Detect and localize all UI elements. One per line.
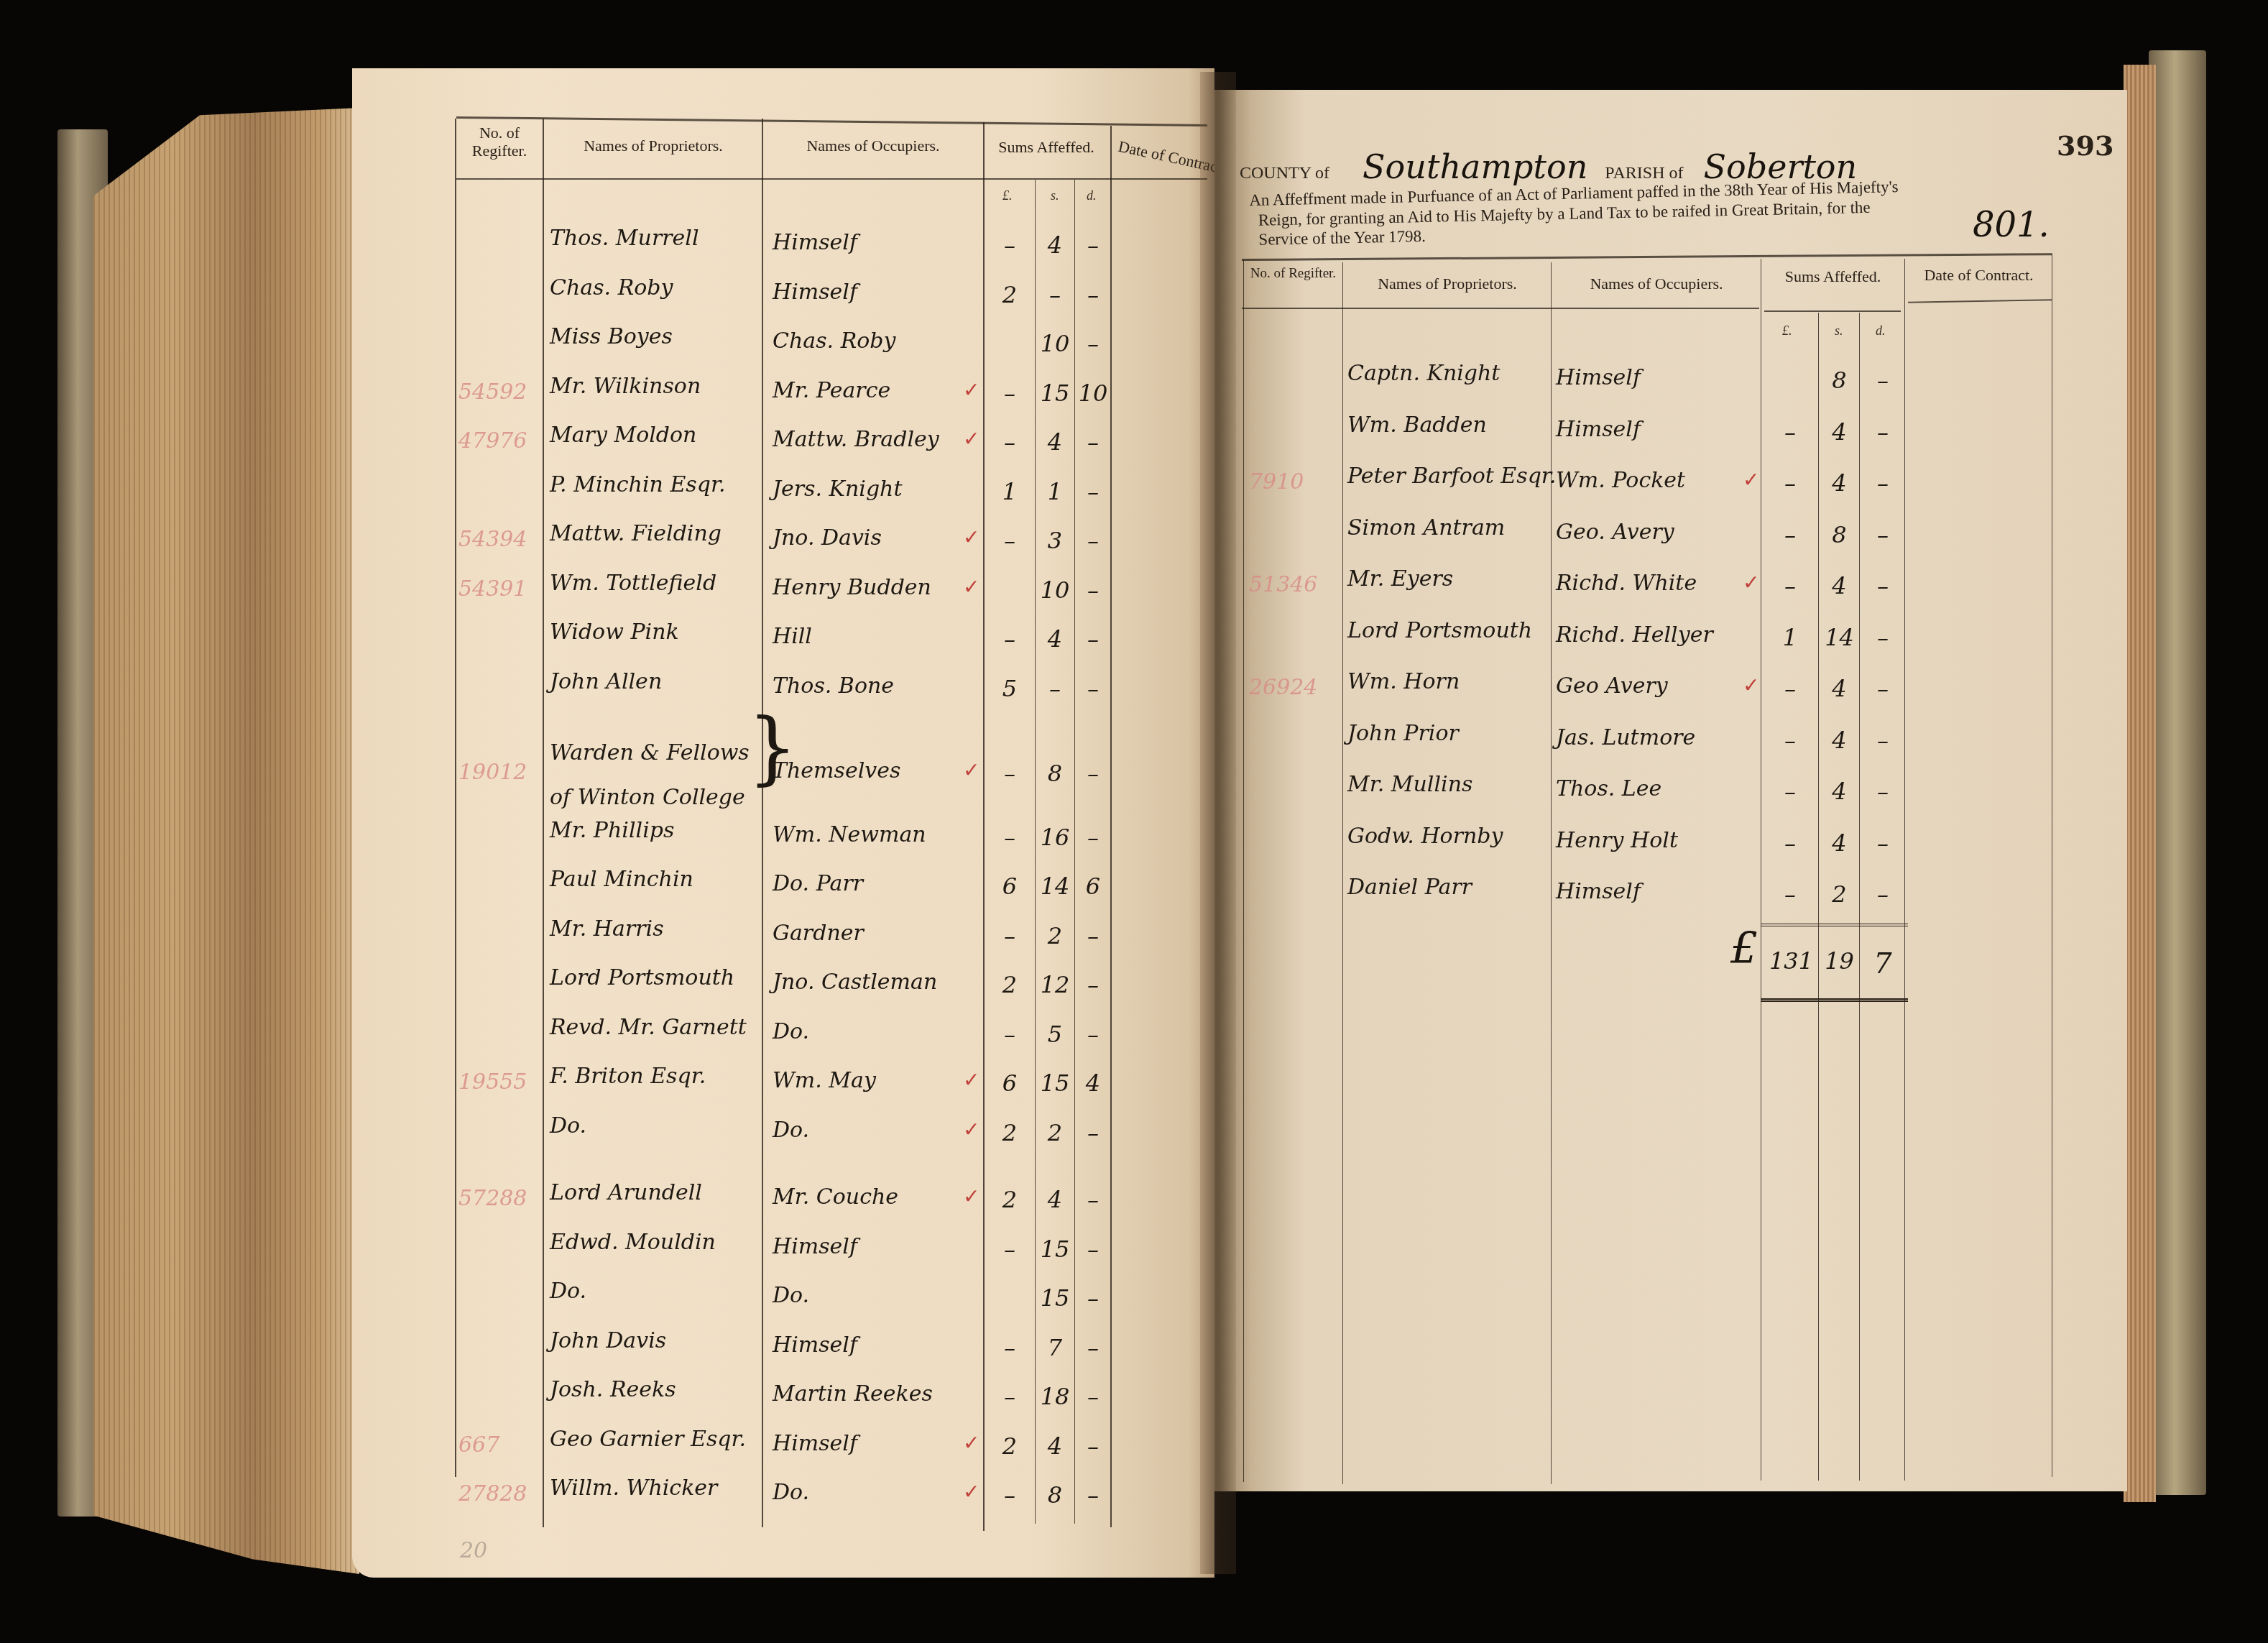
sum-pounds: – bbox=[1762, 469, 1818, 497]
occupier-name: Hill bbox=[773, 624, 812, 649]
register-number: 19555 bbox=[458, 1069, 527, 1095]
brace-bracket: } bbox=[747, 708, 798, 787]
sum-shillings: 3 bbox=[1036, 527, 1074, 554]
sum-pence: – bbox=[1076, 1334, 1110, 1361]
red-check-mark-icon: ✓ bbox=[963, 378, 979, 402]
proprietor-name: Mr. Eyers bbox=[1347, 566, 1453, 592]
occupier-name: Richd. Hellyer bbox=[1556, 622, 1713, 648]
occupier-name: Himself bbox=[1556, 417, 1641, 442]
proprietor-name: Peter Barfoot Esqr. bbox=[1347, 464, 1556, 489]
sum-pence: – bbox=[1861, 572, 1904, 599]
unit-pence: d. bbox=[1087, 188, 1097, 203]
sum-pounds: 5 bbox=[986, 675, 1033, 702]
sum-pence: – bbox=[1076, 625, 1110, 653]
total-pounds: 131 bbox=[1764, 947, 1818, 975]
sum-pounds: 2 bbox=[986, 1186, 1033, 1213]
sum-pence: – bbox=[1861, 880, 1904, 908]
sum-shillings: 4 bbox=[1820, 675, 1859, 702]
sum-pence: – bbox=[1861, 521, 1904, 548]
sum-shillings: 10 bbox=[1036, 330, 1074, 357]
sum-shillings: 4 bbox=[1036, 1432, 1074, 1460]
column-rule bbox=[455, 119, 456, 1477]
header-occupiers: Names of Occupiers. bbox=[765, 137, 982, 155]
sum-shillings: 15 bbox=[1036, 1235, 1074, 1263]
proprietor-name: Thos. Murrell bbox=[550, 226, 699, 251]
red-check-mark-icon: ✓ bbox=[1743, 673, 1759, 697]
sum-pounds: – bbox=[986, 1481, 1033, 1509]
sum-shillings: 2 bbox=[1036, 1119, 1074, 1146]
book-gutter bbox=[1200, 72, 1236, 1574]
sum-pence: – bbox=[1076, 231, 1110, 259]
occupier-name: Do. Parr bbox=[773, 871, 863, 896]
sum-pence: – bbox=[1076, 1383, 1110, 1410]
sum-shillings: 8 bbox=[1036, 1481, 1074, 1509]
sum-shillings: 18 bbox=[1036, 1383, 1074, 1410]
total-pence: 7 bbox=[1861, 947, 1904, 980]
occupier-name: Jno. Castleman bbox=[773, 970, 937, 995]
occupier-name: Geo Avery bbox=[1556, 673, 1668, 699]
sum-pence: – bbox=[1861, 418, 1904, 446]
sum-pence: 6 bbox=[1076, 873, 1110, 900]
sum-shillings: 15 bbox=[1036, 1284, 1074, 1312]
sum-pounds: – bbox=[1762, 418, 1818, 446]
sum-pounds: – bbox=[1762, 727, 1818, 754]
sum-pounds: – bbox=[1762, 829, 1818, 857]
register-number: 27828 bbox=[458, 1481, 527, 1506]
sum-pence: 4 bbox=[1076, 1069, 1110, 1097]
sum-pounds: – bbox=[986, 428, 1033, 456]
page-block-fore-edge bbox=[93, 108, 359, 1574]
unit-pounds: £. bbox=[1782, 323, 1792, 339]
occupier-name: Himself bbox=[1556, 365, 1641, 390]
proprietor-name: Warden & Fellows of Winton College bbox=[550, 731, 765, 820]
occupier-name: Geo. Avery bbox=[1556, 520, 1674, 545]
column-rule bbox=[1035, 180, 1036, 1524]
red-check-mark-icon: ✓ bbox=[963, 575, 979, 599]
register-number: 57288 bbox=[458, 1186, 527, 1211]
occupier-name: Himself bbox=[773, 230, 857, 255]
header-occupiers: Names of Occupiers. bbox=[1552, 275, 1761, 293]
header-proprietors: Names of Proprietors. bbox=[546, 137, 760, 155]
occupier-name: Mattw. Bradley bbox=[773, 427, 939, 452]
sum-pounds: – bbox=[986, 824, 1033, 851]
sum-pence: – bbox=[1076, 330, 1110, 357]
proprietor-name: Mr. Phillips bbox=[550, 818, 674, 843]
red-check-mark-icon: ✓ bbox=[963, 1068, 979, 1092]
register-number: 47976 bbox=[458, 428, 527, 454]
column-rule bbox=[2052, 255, 2052, 1477]
header-proprietors: Names of Proprietors. bbox=[1344, 275, 1551, 293]
page-number: 393 bbox=[2057, 129, 2113, 162]
proprietor-name: Widow Pink bbox=[550, 620, 679, 645]
header-date: Date of Contract. bbox=[1906, 266, 2052, 284]
book-cover-right-edge bbox=[2149, 50, 2206, 1495]
sum-shillings: 4 bbox=[1036, 231, 1074, 259]
sum-shillings: 10 bbox=[1036, 576, 1074, 604]
sum-pence: – bbox=[1076, 675, 1110, 702]
sum-pounds: – bbox=[1762, 521, 1818, 548]
sum-shillings: 5 bbox=[1036, 1021, 1074, 1048]
proprietor-name: Godw. Hornby bbox=[1347, 824, 1503, 849]
sum-pence: – bbox=[1076, 922, 1110, 949]
column-rule bbox=[762, 119, 763, 1527]
column-rule bbox=[1904, 259, 1905, 1481]
proprietor-name: Captn. Knight bbox=[1347, 361, 1500, 386]
occupier-name: Wm. Pocket bbox=[1556, 468, 1685, 493]
sum-pence: – bbox=[1076, 1432, 1110, 1460]
header-register: No. of Regifter. bbox=[1245, 266, 1342, 282]
occupier-name: Wm. May bbox=[773, 1068, 876, 1093]
sum-pence: – bbox=[1861, 829, 1904, 857]
sum-pence: – bbox=[1076, 576, 1110, 604]
occupier-name: Himself bbox=[773, 1234, 857, 1259]
sum-shillings: 4 bbox=[1820, 727, 1859, 754]
pencil-mark: 20 bbox=[460, 1538, 487, 1563]
occupier-name: Chas. Roby bbox=[773, 328, 895, 354]
red-check-mark-icon: ✓ bbox=[1743, 468, 1759, 492]
red-check-mark-icon: ✓ bbox=[963, 1184, 979, 1208]
occupier-name: Himself bbox=[1556, 879, 1641, 904]
column-rule bbox=[1342, 262, 1343, 1484]
unit-pounds: £. bbox=[1002, 188, 1013, 203]
sum-shillings: 4 bbox=[1820, 469, 1859, 497]
proprietor-name: Mr. Mullins bbox=[1347, 772, 1472, 797]
proprietor-name: Daniel Parr bbox=[1347, 875, 1472, 900]
folio-number: 801. bbox=[1973, 205, 2050, 245]
proprietor-name: John Davis bbox=[550, 1328, 666, 1353]
sum-pence: – bbox=[1076, 1186, 1110, 1213]
sum-pounds: 2 bbox=[986, 971, 1033, 998]
sum-pence: – bbox=[1861, 367, 1904, 394]
proprietor-name: John Prior bbox=[1347, 721, 1459, 746]
sum-pence: – bbox=[1076, 824, 1110, 851]
header-bottom-rule bbox=[1764, 310, 1901, 312]
header-sums: Sums Affeffed. bbox=[985, 138, 1108, 156]
red-check-mark-icon: ✓ bbox=[963, 758, 979, 782]
proprietor-name: Mr. Wilkinson bbox=[550, 374, 701, 399]
sum-shillings: 2 bbox=[1036, 922, 1074, 949]
red-check-mark-icon: ✓ bbox=[1743, 571, 1759, 594]
proprietor-name: Do. bbox=[550, 1279, 586, 1304]
sum-pounds: – bbox=[1762, 778, 1818, 805]
unit-pence: d. bbox=[1876, 323, 1886, 339]
occupier-name: Gardner bbox=[773, 921, 864, 946]
proprietor-name: Geo Garnier Esqr. bbox=[550, 1427, 746, 1452]
sum-shillings: 15 bbox=[1036, 1069, 1074, 1097]
sum-shillings: 1 bbox=[1036, 478, 1074, 505]
header-bottom-rule bbox=[456, 178, 1207, 180]
sum-pence: – bbox=[1076, 478, 1110, 505]
occupier-name: Henry Budden bbox=[773, 575, 931, 600]
sum-shillings: 4 bbox=[1820, 829, 1859, 857]
column-rule bbox=[1551, 262, 1552, 1484]
occupier-name: Jers. Knight bbox=[773, 477, 903, 502]
proprietor-name: Simon Antram bbox=[1347, 515, 1505, 540]
proprietor-name: Lord Portsmouth bbox=[550, 965, 734, 990]
proprietor-name: Mattw. Fielding bbox=[550, 521, 722, 546]
sum-shillings: 8 bbox=[1820, 521, 1859, 548]
occupier-name: Thos. Lee bbox=[1556, 776, 1661, 801]
sum-pence: – bbox=[1076, 1284, 1110, 1312]
register-number: 7910 bbox=[1249, 469, 1304, 494]
sum-shillings: 16 bbox=[1036, 824, 1074, 851]
register-number: 51346 bbox=[1249, 572, 1317, 597]
occupier-name: Martin Reekes bbox=[773, 1381, 933, 1407]
unit-shillings: s. bbox=[1051, 188, 1059, 203]
sum-shillings: 8 bbox=[1820, 367, 1859, 394]
sum-pounds: – bbox=[986, 760, 1033, 787]
proprietor-name: Wm. Tottlefield bbox=[550, 571, 716, 596]
occupier-name: Do. bbox=[773, 1283, 809, 1308]
sum-shillings: – bbox=[1036, 281, 1074, 308]
sum-pounds: 2 bbox=[986, 1432, 1033, 1460]
sum-shillings: 4 bbox=[1820, 778, 1859, 805]
sum-pounds: – bbox=[1762, 572, 1818, 599]
sum-pence: – bbox=[1076, 1119, 1110, 1146]
sum-pounds: 1 bbox=[1762, 624, 1818, 651]
sum-pounds: 1 bbox=[986, 478, 1033, 505]
sum-shillings: 4 bbox=[1036, 1186, 1074, 1213]
total-shillings: 19 bbox=[1820, 947, 1859, 975]
page-block-fore-edge-right bbox=[2124, 65, 2156, 1502]
column-rule bbox=[1818, 313, 1819, 1481]
proprietor-name: Edwd. Mouldin bbox=[550, 1230, 716, 1255]
sum-pounds: – bbox=[986, 379, 1033, 407]
occupier-name: Jno. Davis bbox=[773, 525, 882, 551]
header-sums: Sums Affeffed. bbox=[1762, 267, 1904, 285]
proprietor-name: Lord Arundell bbox=[550, 1180, 702, 1205]
proprietor-name: Lord Portsmouth bbox=[1347, 618, 1532, 643]
sum-shillings: 4 bbox=[1820, 418, 1859, 446]
sum-shillings: 12 bbox=[1036, 971, 1074, 998]
proprietor-name: Mary Moldon bbox=[550, 423, 696, 448]
proprietor-name: Revd. Mr. Garnett bbox=[550, 1015, 747, 1040]
register-number: 19012 bbox=[458, 760, 527, 785]
occupier-name: Himself bbox=[773, 1333, 857, 1358]
occupier-name: Wm. Newman bbox=[773, 822, 926, 847]
red-check-mark-icon: ✓ bbox=[963, 1431, 979, 1455]
header-bottom-rule bbox=[1242, 308, 1759, 309]
sum-shillings: 14 bbox=[1036, 873, 1074, 900]
column-rule bbox=[543, 119, 544, 1527]
occupier-name: Henry Holt bbox=[1556, 828, 1678, 853]
sum-pence: – bbox=[1076, 1235, 1110, 1263]
sum-pence: – bbox=[1076, 281, 1110, 308]
county-name: Southampton bbox=[1363, 147, 1587, 186]
sum-pence: – bbox=[1076, 527, 1110, 554]
sum-pounds: – bbox=[986, 231, 1033, 259]
red-check-mark-icon: ✓ bbox=[963, 1480, 979, 1504]
sum-pence: – bbox=[1861, 778, 1904, 805]
sum-pounds: – bbox=[986, 1235, 1033, 1263]
sum-shillings: 4 bbox=[1036, 428, 1074, 456]
proprietor-name: Chas. Roby bbox=[550, 275, 673, 300]
proprietor-name: Do. bbox=[550, 1113, 586, 1138]
occupier-name: Do. bbox=[773, 1480, 809, 1505]
sum-pounds: – bbox=[986, 1334, 1033, 1361]
red-check-mark-icon: ✓ bbox=[963, 525, 979, 549]
proprietor-name: Wm. Horn bbox=[1347, 669, 1460, 694]
sum-shillings: 7 bbox=[1036, 1334, 1074, 1361]
sum-shillings: 4 bbox=[1036, 625, 1074, 653]
sum-pence: 10 bbox=[1076, 379, 1110, 407]
column-rule bbox=[1761, 259, 1761, 1481]
sum-pounds: – bbox=[986, 527, 1033, 554]
sum-shillings: 4 bbox=[1820, 572, 1859, 599]
proprietor-name: Josh. Reeks bbox=[550, 1377, 676, 1402]
sum-pounds: – bbox=[986, 1021, 1033, 1048]
proprietor-name: Mr. Harris bbox=[550, 916, 664, 942]
occupier-name: Thos. Bone bbox=[773, 673, 894, 699]
sum-pounds: 2 bbox=[986, 1119, 1033, 1146]
sum-shillings: 2 bbox=[1820, 880, 1859, 908]
parish-label: PARISH of bbox=[1605, 164, 1683, 183]
sum-pence: – bbox=[1861, 675, 1904, 702]
occupier-name: Richd. White bbox=[1556, 571, 1697, 596]
occupier-name: Mr. Couche bbox=[773, 1184, 898, 1210]
sum-pence: – bbox=[1861, 624, 1904, 651]
red-check-mark-icon: ✓ bbox=[963, 1118, 979, 1141]
occupier-name: Himself bbox=[773, 1431, 857, 1456]
proprietor-name: John Allen bbox=[550, 669, 662, 694]
column-rule bbox=[1859, 313, 1860, 1481]
occupier-name: Himself bbox=[773, 280, 857, 305]
register-number: 54394 bbox=[458, 527, 527, 552]
proprietor-name: F. Briton Esqr. bbox=[550, 1064, 706, 1089]
sum-pounds: 6 bbox=[986, 873, 1033, 900]
occupier-name: Do. bbox=[773, 1118, 809, 1143]
sum-pence: – bbox=[1076, 971, 1110, 998]
sum-pence: – bbox=[1076, 760, 1110, 787]
sum-pounds: 6 bbox=[986, 1069, 1033, 1097]
sum-pence: – bbox=[1861, 469, 1904, 497]
register-number: 667 bbox=[458, 1432, 499, 1458]
header-register: No. of Regifter. bbox=[457, 124, 542, 160]
occupier-name: Mr. Pearce bbox=[773, 378, 890, 403]
proprietor-name: Willm. Whicker bbox=[550, 1476, 717, 1501]
sum-shillings: – bbox=[1036, 675, 1074, 702]
sum-pounds: – bbox=[1762, 880, 1818, 908]
proprietor-name: Miss Boyes bbox=[550, 324, 673, 349]
sum-pounds: – bbox=[986, 1383, 1033, 1410]
register-number: 26924 bbox=[1249, 675, 1317, 700]
sum-pence: – bbox=[1861, 727, 1904, 754]
sum-shillings: 15 bbox=[1036, 379, 1074, 407]
county-label: COUNTY of bbox=[1240, 164, 1329, 183]
red-check-mark-icon: ✓ bbox=[963, 427, 979, 451]
register-number: 54391 bbox=[458, 576, 527, 602]
sum-shillings: 8 bbox=[1036, 760, 1074, 787]
proprietor-name: Wm. Badden bbox=[1347, 413, 1487, 438]
occupier-name: Jas. Lutmore bbox=[1556, 725, 1695, 750]
column-rule bbox=[1074, 180, 1075, 1524]
column-rule bbox=[983, 122, 985, 1531]
sum-pence: – bbox=[1076, 1481, 1110, 1509]
sum-pounds: – bbox=[986, 625, 1033, 653]
proprietor-name: Paul Minchin bbox=[550, 867, 693, 892]
sum-pounds: – bbox=[986, 922, 1033, 949]
column-rule bbox=[1110, 126, 1112, 1527]
sum-shillings: 14 bbox=[1820, 624, 1859, 651]
unit-shillings: s. bbox=[1835, 323, 1843, 339]
sum-pence: – bbox=[1076, 1021, 1110, 1048]
sum-pounds: 2 bbox=[986, 281, 1033, 308]
sum-pence: – bbox=[1076, 428, 1110, 456]
pound-sign: £ bbox=[1730, 924, 1758, 974]
register-number: 54592 bbox=[458, 379, 527, 405]
column-rule bbox=[1243, 260, 1244, 1482]
occupier-name: Do. bbox=[773, 1019, 809, 1044]
sum-pounds: – bbox=[1762, 675, 1818, 702]
proprietor-name: P. Minchin Esqr. bbox=[550, 472, 725, 497]
